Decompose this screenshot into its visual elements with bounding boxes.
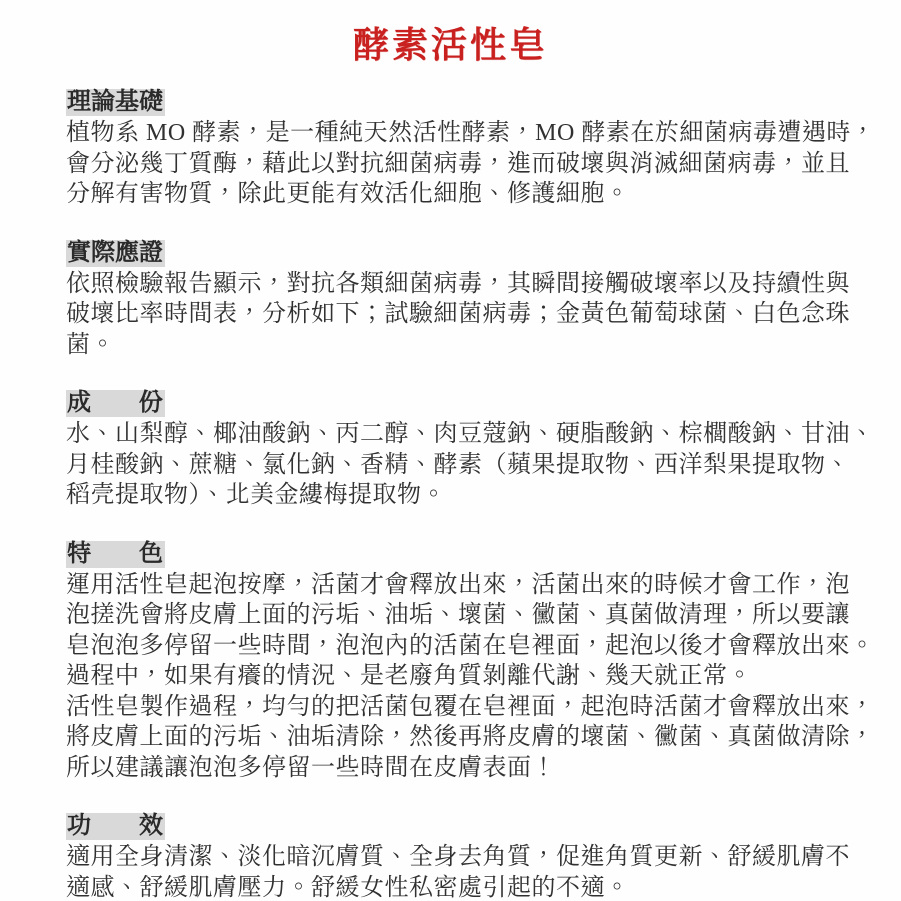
paragraph-line: 植物系 MO 酵素，是一種純天然活性酵素，MO 酵素在於細菌病毒遭遇時， <box>66 118 856 149</box>
paragraph-line: 適用全身清潔、淡化暗沉膚質、全身去角質，促進角質更新、舒緩肌膚不 <box>66 842 856 873</box>
page-title: 酵素活性皂 <box>0 25 901 65</box>
paragraph-line: 依照檢驗報告顯示，對抗各類細菌病毒，其瞬間接觸破壞率以及持續性與 <box>66 269 856 300</box>
section: 成 份水、山梨醇、椰油酸鈉、丙二醇、肉豆蔻鈉、硬脂酸鈉、棕櫚酸鈉、甘油、月桂酸鈉… <box>66 388 856 511</box>
section-heading-highlight: 理論基礎 <box>66 89 165 116</box>
paragraph-line: 所以建議讓泡泡多停留一些時間在皮膚表面！ <box>66 753 856 784</box>
paragraph-line: 水、山梨醇、椰油酸鈉、丙二醇、肉豆蔻鈉、硬脂酸鈉、棕櫚酸鈉、甘油、 <box>66 419 856 450</box>
section-heading: 功 效 <box>66 811 856 842</box>
paragraph-line: 分解有害物質，除此更能有效活化細胞、修護細胞。 <box>66 179 856 210</box>
paragraph-line: 會分泌幾丁質酶，藉此以對抗細菌病毒，進而破壞與消滅細菌病毒，並且 <box>66 149 856 180</box>
section-heading-highlight: 實際應證 <box>66 240 165 267</box>
product-description-page: 酵素活性皂 理論基礎植物系 MO 酵素，是一種純天然活性酵素，MO 酵素在於細菌… <box>0 0 901 901</box>
section-heading-highlight: 功 效 <box>66 813 165 840</box>
paragraph-line: 活性皂製作過程，均勻的把活菌包覆在皂裡面，起泡時活菌才會釋放出來， <box>66 692 856 723</box>
paragraph-line: 適感、舒緩肌膚壓力。舒緩女性私密處引起的不適。 <box>66 873 856 901</box>
paragraph-line: 皂泡泡多停留一些時間，泡泡內的活菌在皂裡面，起泡以後才會釋放出來。 <box>66 631 856 662</box>
section: 理論基礎植物系 MO 酵素，是一種純天然活性酵素，MO 酵素在於細菌病毒遭遇時，… <box>66 87 856 210</box>
section-heading: 特 色 <box>66 539 856 570</box>
section-heading: 理論基礎 <box>66 87 856 118</box>
paragraph-line: 將皮膚上面的污垢、油垢清除，然後再將皮膚的壞菌、黴菌、真菌做清除， <box>66 722 856 753</box>
paragraph-line: 菌。 <box>66 330 856 361</box>
paragraph-line: 月桂酸鈉、蔗糖、氯化鈉、香精、酵素（蘋果提取物、西洋梨果提取物、 <box>66 450 856 481</box>
section-heading-highlight: 特 色 <box>66 541 165 568</box>
section: 實際應證依照檢驗報告顯示，對抗各類細菌病毒，其瞬間接觸破壞率以及持續性與破壞比率… <box>66 238 856 361</box>
document-content: 理論基礎植物系 MO 酵素，是一種純天然活性酵素，MO 酵素在於細菌病毒遭遇時，… <box>66 87 856 901</box>
paragraph-line: 稻壳提取物）、北美金縷梅提取物。 <box>66 480 856 511</box>
paragraph-line: 破壞比率時間表，分析如下；試驗細菌病毒；金黃色葡萄球菌、白色念珠 <box>66 299 856 330</box>
paragraph-line: 運用活性皂起泡按摩，活菌才會釋放出來，活菌出來的時候才會工作，泡 <box>66 570 856 601</box>
section-heading-highlight: 成 份 <box>66 390 165 417</box>
section: 特 色運用活性皂起泡按摩，活菌才會釋放出來，活菌出來的時候才會工作，泡泡搓洗會將… <box>66 539 856 784</box>
paragraph-line: 過程中，如果有癢的情況、是老廢角質剝離代謝、幾天就正常。 <box>66 661 856 692</box>
section-heading: 成 份 <box>66 388 856 419</box>
section-heading: 實際應證 <box>66 238 856 269</box>
section: 功 效適用全身清潔、淡化暗沉膚質、全身去角質，促進角質更新、舒緩肌膚不適感、舒緩… <box>66 811 856 901</box>
paragraph-line: 泡搓洗會將皮膚上面的污垢、油垢、壞菌、黴菌、真菌做清理，所以要讓 <box>66 600 856 631</box>
